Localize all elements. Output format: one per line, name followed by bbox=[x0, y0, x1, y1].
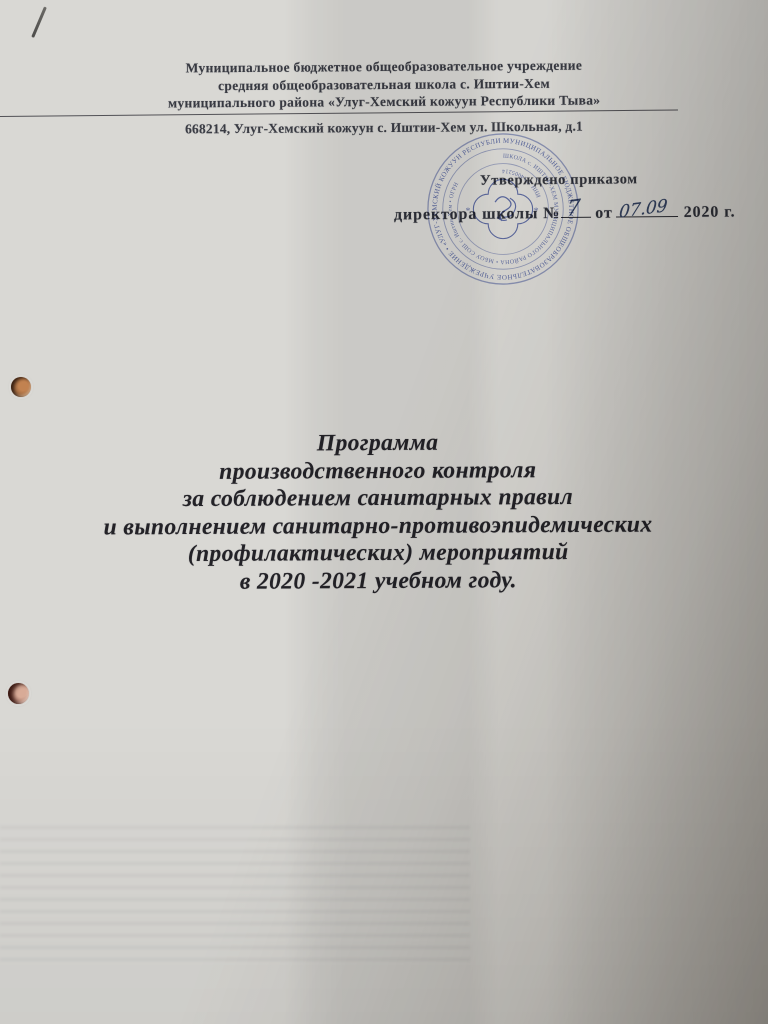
pen-mark-artifact bbox=[31, 6, 47, 38]
title-line-4: и выполнением санитарно-противоэпидемиче… bbox=[38, 511, 718, 542]
approval-year: 2020 г. bbox=[684, 204, 736, 221]
title-line-2: производственного контроля bbox=[38, 456, 718, 487]
school-stamp: МУНИЦИПАЛЬНОЕ БЮДЖЕТНОЕ ОБЩЕОБРАЗОВАТЕЛЬ… bbox=[424, 130, 582, 288]
photographed-document-page: Муниципальное бюджетное общеобразователь… bbox=[0, 0, 768, 1024]
title-line-3: за соблюдением санитарных правил bbox=[38, 483, 718, 514]
document-title: Программа производственного контроля за … bbox=[38, 428, 719, 597]
order-date-blank: 07.09 bbox=[616, 202, 678, 218]
org-letterhead: Муниципальное бюджетное общеобразователь… bbox=[0, 55, 768, 113]
stamp-right-asterisk: * bbox=[534, 206, 539, 217]
binder-hole-bottom bbox=[8, 683, 29, 704]
handwritten-order-date: 07.09 bbox=[618, 196, 668, 223]
stamp-left-asterisk: * bbox=[465, 206, 470, 217]
stamp-quatrefoil-emblem bbox=[473, 179, 532, 238]
title-line-1: Программа bbox=[38, 428, 718, 459]
title-line-5: (профилактических) мероприятий bbox=[38, 538, 718, 569]
org-address: 668214, Улуг-Хемский кожуун с. Иштии-Хем… bbox=[0, 117, 768, 138]
approval-from-word: от bbox=[595, 205, 613, 222]
title-line-6: в 2020 -2021 учебном году. bbox=[38, 566, 718, 597]
binder-hole-top bbox=[11, 377, 31, 397]
text-bleed-through bbox=[0, 826, 470, 968]
